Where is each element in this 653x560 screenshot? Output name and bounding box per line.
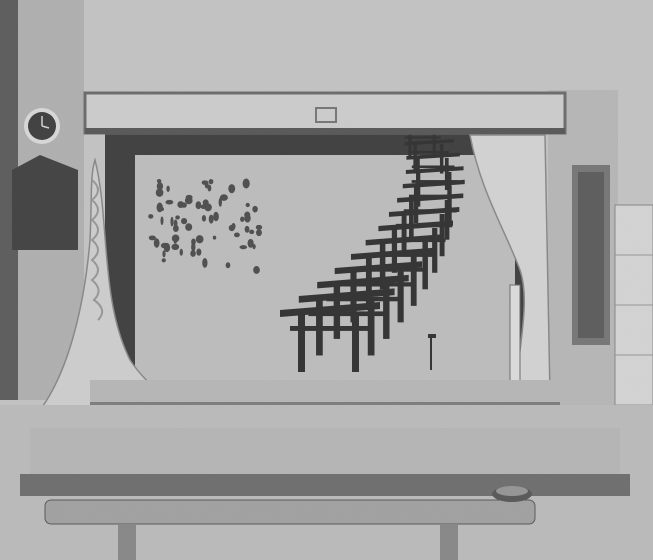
film-grain xyxy=(0,0,653,560)
stage-photograph xyxy=(0,0,653,560)
scene-svg xyxy=(0,0,653,560)
